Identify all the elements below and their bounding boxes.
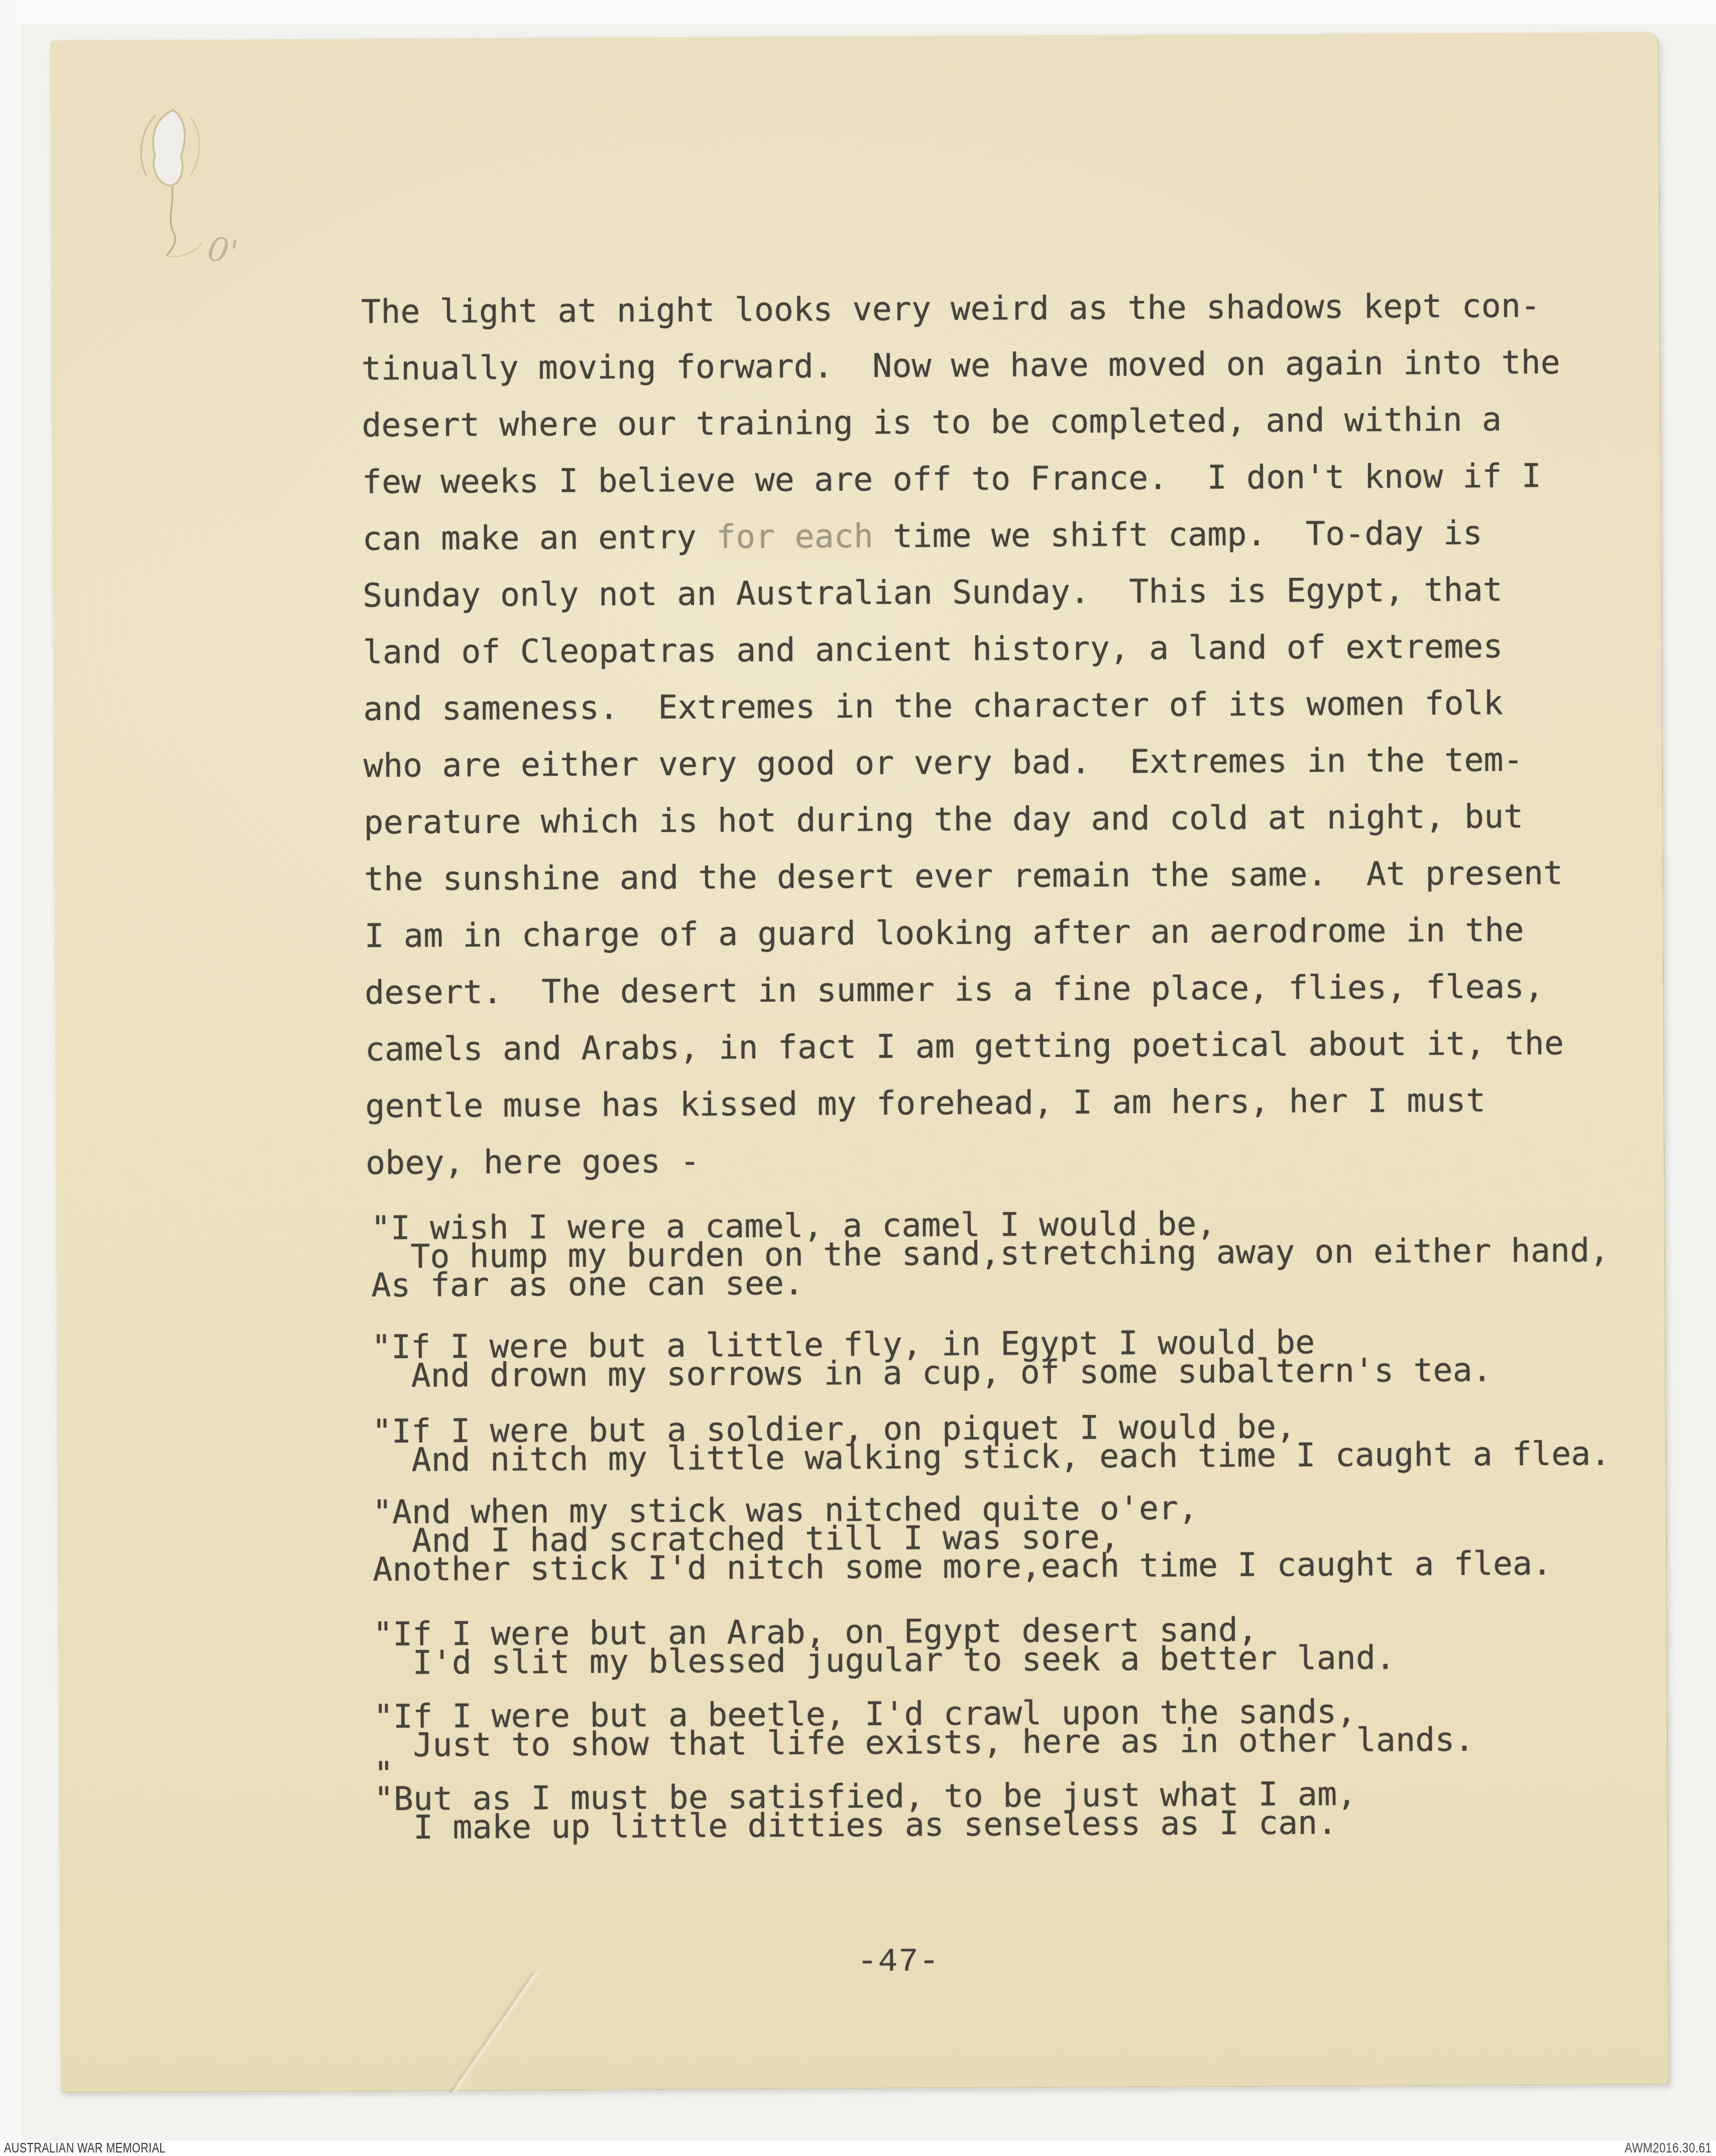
pencil-mark: 0' (205, 229, 241, 272)
poem-stanza-satisfied: "But as I must be satisfied, to be just … (374, 1780, 1357, 1842)
archive-name-label: AUSTRALIAN WAR MEMORIAL (4, 2140, 166, 2156)
paper-tear (126, 99, 257, 311)
catalog-number-label: AWM2016.30.61 (1625, 2140, 1712, 2156)
poem-stanza-stick: "And when my stick was nitched quite o'e… (373, 1492, 1552, 1584)
catalog-footer: AUSTRALIAN WAR MEMORIAL AWM2016.30.61 (0, 2140, 1716, 2156)
tear-hole (153, 110, 185, 185)
paper-crease (432, 1972, 553, 2093)
page-number: -47- (857, 1948, 940, 1977)
poem-stanza-arab: "If I were but an Arab, on Egypt desert … (373, 1615, 1396, 1678)
tear-crease-right (190, 117, 199, 175)
scan-edge-left (0, 0, 21, 2156)
document-page: 0' The light at night looks very weird a… (50, 32, 1669, 2093)
scanned-document-view: 0' The light at night looks very weird a… (0, 0, 1716, 2156)
poem-stanza-beetle: "If I were but a beetle, I'd crawl upon … (374, 1697, 1474, 1788)
poem-stanza-camel: "I wish I were a camel, a camel I would … (371, 1208, 1610, 1300)
scan-edge-top (0, 0, 1716, 24)
poem-stanza-fly: "If I were but a little fly, in Egypt I … (372, 1327, 1492, 1390)
poem-stanza-soldier: "If I were but a soldier, on piquet I wo… (372, 1411, 1611, 1475)
tear-crease-lower (166, 186, 175, 256)
diary-paragraph: The light at night looks very weird as t… (361, 278, 1565, 1191)
